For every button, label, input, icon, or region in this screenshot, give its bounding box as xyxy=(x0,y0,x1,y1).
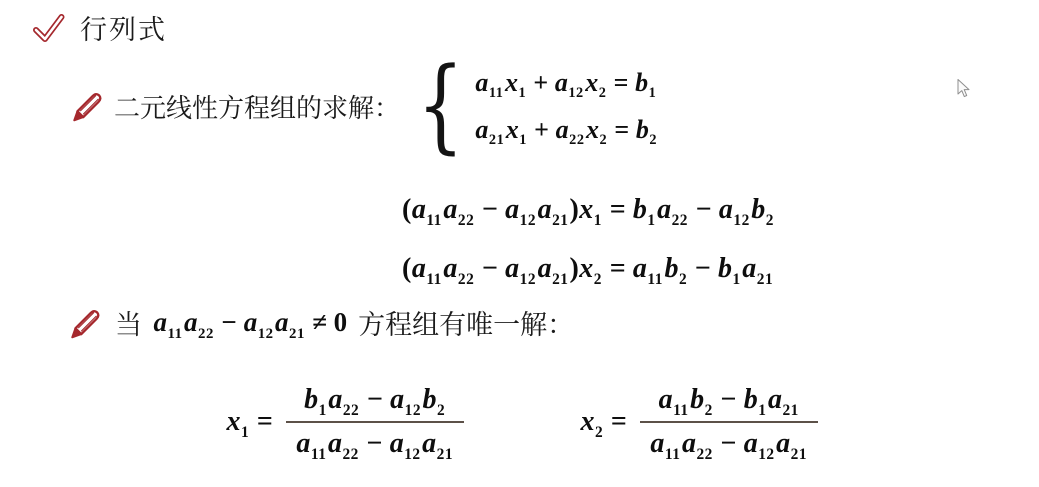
section1-header: 二元线性方程组的求解： { a11x1+a12x2=b1 a21x1+a22x2… xyxy=(70,60,658,152)
slide: 行列式 二元线性方程组的求解： { a11x1+a12x2=b1 a21x1+a… xyxy=(0,0,1039,487)
pencil-icon xyxy=(70,88,106,124)
solution-x1-fraction: b1a22−a12b2 a11a22−a12a21 xyxy=(286,384,464,460)
condition-text-before: 当 xyxy=(115,303,142,342)
derived-equation-2: (a11a22−a12a21)x2=a11b2−b1a21 xyxy=(402,247,774,291)
solution-x1-denominator: a11a22−a12a21 xyxy=(286,423,464,460)
solution-x2: x2= a11b2−b1a21 a11a22−a12a21 xyxy=(580,384,818,460)
equation-system: a11x1+a12x2=b1 a21x1+a22x2=b2 xyxy=(475,64,658,149)
section1-label: 二元线性方程组的求解： xyxy=(114,88,400,125)
derived-equation-1: (a11a22−a12a21)x1=b1a22−a12b2 xyxy=(402,188,775,232)
page-title: 行列式 xyxy=(80,8,167,47)
section2-header: 当 a11a22−a12a21≠0 方程组有唯一解： xyxy=(68,303,574,342)
system-equation-2: a21x1+a22x2=b2 xyxy=(475,111,658,149)
condition-expression: a11a22−a12a21≠0 xyxy=(153,307,347,338)
check-icon xyxy=(32,13,65,43)
solution-x1-lhs: x1= xyxy=(226,406,273,438)
solution-x2-lhs: x2= xyxy=(580,406,627,438)
pencil-icon xyxy=(68,305,104,341)
solution-x1-numerator: b1a22−a12b2 xyxy=(286,384,464,423)
solution-x2-fraction: a11b2−b1a21 a11a22−a12a21 xyxy=(640,384,818,460)
title-row: 行列式 xyxy=(32,8,167,47)
mouse-cursor-icon xyxy=(957,79,971,104)
derived-equation-1-row: (a11a22−a12a21)x1=b1a22−a12b2 xyxy=(402,188,775,232)
solution-x1: x1= b1a22−a12b2 a11a22−a12a21 xyxy=(226,384,464,460)
solution-x2-denominator: a11a22−a12a21 xyxy=(640,423,818,460)
system-equation-1: a11x1+a12x2=b1 xyxy=(475,64,658,102)
derived-equation-2-row: (a11a22−a12a21)x2=a11b2−b1a21 xyxy=(402,247,774,291)
condition-text-after: 方程组有唯一解： xyxy=(358,303,574,342)
solution-x2-numerator: a11b2−b1a21 xyxy=(640,384,818,423)
system-brace: { xyxy=(417,60,464,152)
